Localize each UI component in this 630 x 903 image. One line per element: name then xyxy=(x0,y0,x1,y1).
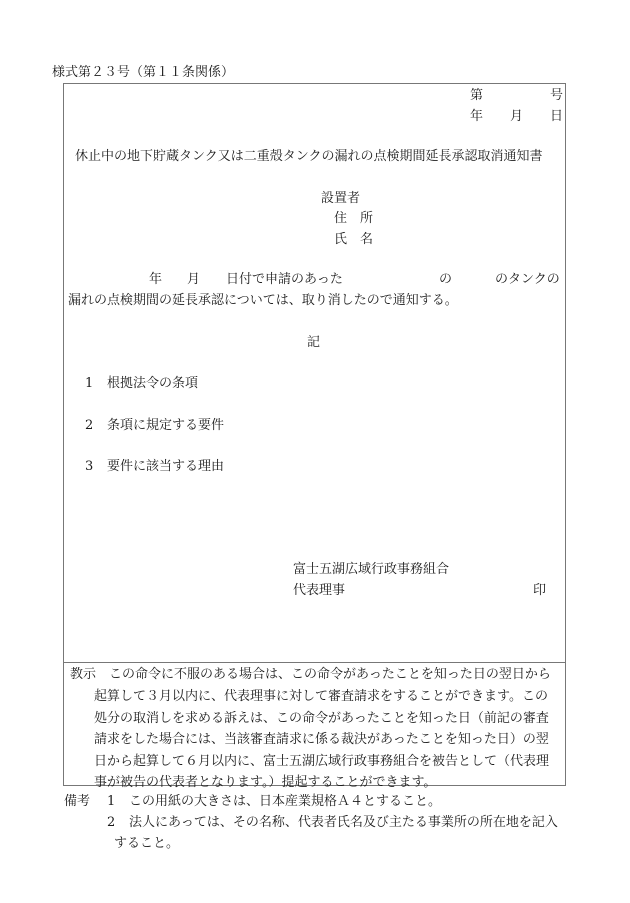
item-label: 要件に該当する理由 xyxy=(107,460,224,473)
document-title: 休止中の地下貯蔵タンク又は二重殻タンクの漏れの点検期間延長承認取消通知書 xyxy=(75,150,542,163)
kyoji-line: 日から起算して６月以内に、富士五湖広域行政事務組合を被告として（代表理 xyxy=(94,755,549,768)
body-year: 年 xyxy=(149,273,162,286)
kyoji-line: 起算して３月以内に、代表理事に対して審査請求をすることができます。この xyxy=(94,690,548,703)
item-label: 条項に規定する要件 xyxy=(107,419,224,432)
date-month: 月 xyxy=(510,110,523,123)
item-number: 3 xyxy=(85,460,93,473)
kyoji-line: この命令に不服のある場合は、この命令があったことを知った日の翌日から xyxy=(109,668,551,681)
number-suffix: 号 xyxy=(550,89,563,102)
kyoji-label: 教示 xyxy=(70,668,96,681)
date-day: 日 xyxy=(550,110,563,123)
number-prefix: 第 xyxy=(470,89,483,102)
kyoji-line: 処分の取消しを求める訴えは、この命令があったことを知った日（前記の審査 xyxy=(94,712,549,725)
ki-heading: 記 xyxy=(307,336,320,349)
notes-label: 備考 xyxy=(64,795,90,808)
name-label: 氏 名 xyxy=(334,233,373,246)
body-date-suffix: 日付で申請のあった xyxy=(226,273,343,286)
body-month: 月 xyxy=(187,273,200,286)
issuer-organization: 富士五湖広域行政事務組合 xyxy=(293,563,449,576)
item-label: 根拠法令の条項 xyxy=(107,377,198,390)
kyoji-divider xyxy=(63,662,566,663)
body-tank-suffix: のタンクの xyxy=(495,273,560,286)
kyoji-line: 事が被告の代表者となります。）提起することができます。 xyxy=(94,776,436,789)
kyoji-line: 請求をした場合には、当該審査請求に係る裁決があったことを知った日）の翌 xyxy=(94,733,549,746)
seal-mark: 印 xyxy=(533,584,546,597)
issuer-representative: 代表理事 xyxy=(293,584,345,597)
note-number: 1 xyxy=(107,795,115,808)
item-number: 2 xyxy=(85,419,93,432)
note-text: この用紙の大きさは、日本産業規格Ａ４とすること。 xyxy=(129,795,441,808)
body-line2: 漏れの点検期間の延長承認については、取り消したので通知する。 xyxy=(68,294,458,307)
installer-label: 設置者 xyxy=(321,192,360,205)
note-text: 法人にあっては、その名称、代表者氏名及び主たる事業所の所在地を記入 xyxy=(129,816,558,829)
item-number: 1 xyxy=(85,377,93,390)
form-number: 様式第２３号（第１１条関係） xyxy=(52,66,234,79)
address-label: 住 所 xyxy=(334,212,373,225)
body-no: の xyxy=(439,273,452,286)
date-year: 年 xyxy=(470,110,483,123)
note-text-continued: すること。 xyxy=(114,837,179,850)
note-number: 2 xyxy=(107,816,115,829)
